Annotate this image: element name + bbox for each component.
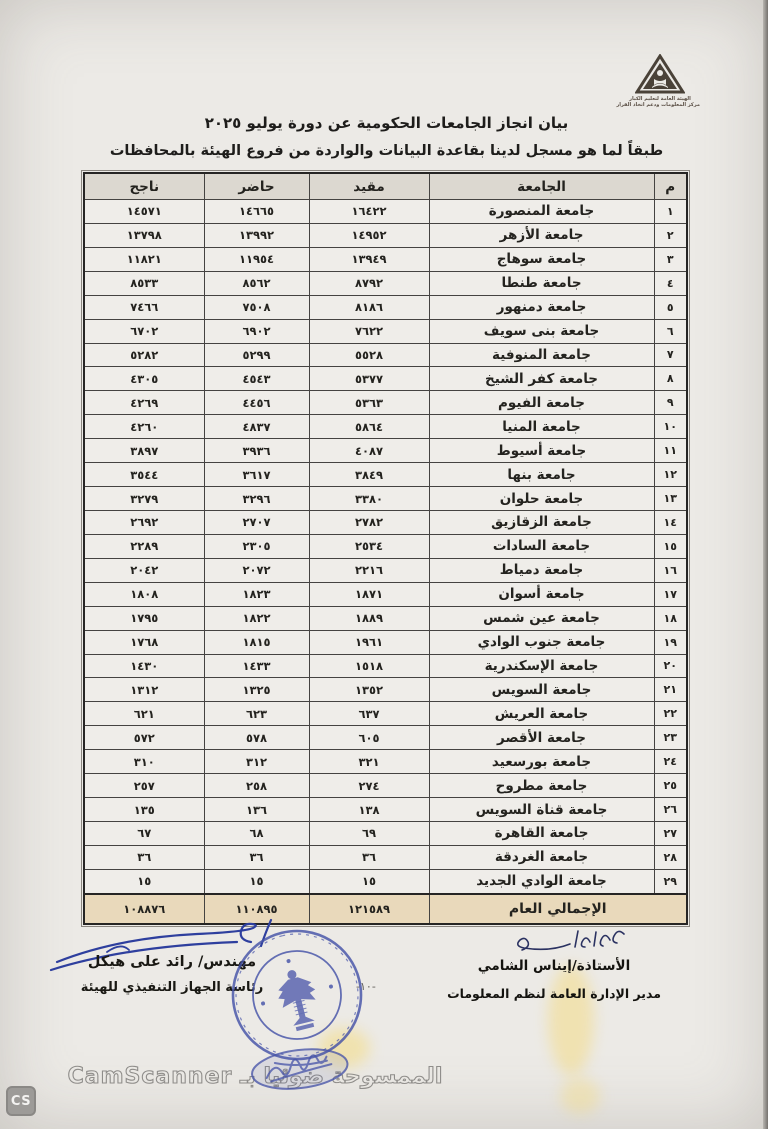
row-number: ٧ (654, 343, 687, 367)
enrolled-count: ٢٧٨٢ (309, 510, 429, 534)
org-name-line2: مركز المعلومات ودعم اتخاذ القرار (620, 102, 700, 108)
row-number: ١٥ (654, 534, 687, 558)
enrolled-count: ٢٥٣٤ (309, 534, 429, 558)
table-row: ٢٥ جامعة مطروح ٢٧٤ ٢٥٨ ٢٥٧ (84, 774, 687, 798)
table-body: ١ جامعة المنصورة ١٦٤٢٢ ١٤٦٦٥ ١٤٥٧١ ٢ جام… (84, 200, 687, 895)
row-number: ٨ (654, 367, 687, 391)
header-passed: ناجح (84, 173, 204, 200)
passed-count: ١٨٠٨ (84, 582, 204, 606)
table-row: ١٨ جامعة عين شمس ١٨٨٩ ١٨٢٢ ١٧٩٥ (84, 606, 687, 630)
enrolled-count: ١٣٥٢ (309, 678, 429, 702)
university-name: جامعة قناة السويس (429, 798, 654, 822)
table-row: ٩ جامعة الفيوم ٥٣٦٣ ٤٤٥٦ ٤٢٦٩ (84, 391, 687, 415)
row-number: ٩ (654, 391, 687, 415)
table-header-row: م الجامعة مقيد حاضر ناجح (84, 173, 687, 200)
table-row: ١٧ جامعة أسوان ١٨٧١ ١٨٢٣ ١٨٠٨ (84, 582, 687, 606)
row-number: ٦ (654, 319, 687, 343)
enrolled-count: ١٣٩٤٩ (309, 247, 429, 271)
university-name: جامعة دمياط (429, 558, 654, 582)
row-number: ١٢ (654, 463, 687, 487)
row-number: ٥ (654, 295, 687, 319)
attended-count: ٣٦١٧ (204, 463, 309, 487)
enrolled-count: ٥٨٦٤ (309, 415, 429, 439)
table-row: ٢٢ جامعة العريش ٦٣٧ ٦٢٣ ٦٢١ (84, 702, 687, 726)
row-number: ١٣ (654, 487, 687, 511)
attended-count: ٥٧٨ (204, 726, 309, 750)
table-row: ٢٠ جامعة الإسكندرية ١٥١٨ ١٤٣٣ ١٤٣٠ (84, 654, 687, 678)
attended-count: ١٨٢٢ (204, 606, 309, 630)
university-name: جامعة الأقصر (429, 726, 654, 750)
grand-total-label: الإجمالي العام (429, 894, 687, 924)
university-name: جامعة السويس (429, 678, 654, 702)
passed-count: ٣٦ (84, 845, 204, 869)
passed-count: ٤٣٠٥ (84, 367, 204, 391)
university-name: جامعة حلوان (429, 487, 654, 511)
passed-count: ٣٢٧٩ (84, 487, 204, 511)
row-number: ٢٨ (654, 845, 687, 869)
passed-count: ٤٢٦٩ (84, 391, 204, 415)
row-number: ٢٦ (654, 798, 687, 822)
attended-count: ١٣٢٥ (204, 678, 309, 702)
table-row: ٤ جامعة طنطا ٨٧٩٢ ٨٥٦٢ ٨٥٣٣ (84, 271, 687, 295)
university-name: جامعة طنطا (429, 271, 654, 295)
university-name: جامعة جنوب الوادي (429, 630, 654, 654)
attended-count: ٣٢٩٦ (204, 487, 309, 511)
attended-count: ١١٩٥٤ (204, 247, 309, 271)
enrolled-count: ٥٣٧٧ (309, 367, 429, 391)
passed-count: ١٤٥٧١ (84, 200, 204, 224)
header-enrolled: مقيد (309, 173, 429, 200)
university-name: جامعة عين شمس (429, 606, 654, 630)
passed-count: ٧٤٦٦ (84, 295, 204, 319)
table-row: ٢٧ جامعة القاهرة ٦٩ ٦٨ ٦٧ (84, 821, 687, 845)
table-row: ٢٤ جامعة بورسعيد ٣٢١ ٣١٢ ٣١٠ (84, 750, 687, 774)
row-number: ١٠ (654, 415, 687, 439)
passed-count: ١٣٧٩٨ (84, 223, 204, 247)
row-number: ٢١ (654, 678, 687, 702)
scanned-document-page: الهيئة العامة لتعليم الكبار مركز المعلوم… (0, 0, 768, 1129)
university-name: جامعة أسيوط (429, 439, 654, 463)
attended-count: ٦٢٣ (204, 702, 309, 726)
camscanner-cs-logo-icon: CS (6, 1086, 36, 1116)
enrolled-count: ٨٧٩٢ (309, 271, 429, 295)
passed-count: ٢٠٤٢ (84, 558, 204, 582)
university-name: جامعة المنيا (429, 415, 654, 439)
attended-count: ١٤٣٣ (204, 654, 309, 678)
enrolled-count: ١٩٦١ (309, 630, 429, 654)
row-number: ٢٥ (654, 774, 687, 798)
document-subtitle: طبقاً لما هو مسجل لدينا بقاعدة البيانات … (85, 143, 688, 159)
pyramid-reader-logo-icon (620, 54, 700, 96)
attended-count: ٨٥٦٢ (204, 271, 309, 295)
document-header: بيان انجاز الجامعات الحكومية عن دورة يول… (85, 114, 688, 159)
enrolled-count: ١٨٨٩ (309, 606, 429, 630)
table-row: ٢ جامعة الأزهر ١٤٩٥٢ ١٣٩٩٢ ١٣٧٩٨ (84, 223, 687, 247)
university-name: جامعة بنها (429, 463, 654, 487)
attended-count: ١٨١٥ (204, 630, 309, 654)
header-number: م (654, 173, 687, 200)
row-number: ٤ (654, 271, 687, 295)
attended-count: ١٨٢٣ (204, 582, 309, 606)
table-row: ١ جامعة المنصورة ١٦٤٢٢ ١٤٦٦٥ ١٤٥٧١ (84, 200, 687, 224)
enrolled-count: ٣٢١ (309, 750, 429, 774)
universities-table-container: م الجامعة مقيد حاضر ناجح ١ جامعة المنصور… (85, 172, 688, 925)
enrolled-count: ٤٠٨٧ (309, 439, 429, 463)
university-name: جامعة دمنهور (429, 295, 654, 319)
row-number: ٢٣ (654, 726, 687, 750)
attended-count: ٤٥٤٣ (204, 367, 309, 391)
passed-count: ٢٥٧ (84, 774, 204, 798)
row-number: ١٧ (654, 582, 687, 606)
row-number: ٢٤ (654, 750, 687, 774)
passed-count: ٣١٠ (84, 750, 204, 774)
university-name: جامعة الفيوم (429, 391, 654, 415)
passed-count: ٦٧٠٢ (84, 319, 204, 343)
row-number: ١٨ (654, 606, 687, 630)
passed-count: ١٧٩٥ (84, 606, 204, 630)
university-name: جامعة بورسعيد (429, 750, 654, 774)
passed-count: ٢٢٨٩ (84, 534, 204, 558)
enrolled-count: ٥٥٢٨ (309, 343, 429, 367)
university-name: جامعة العريش (429, 702, 654, 726)
enrolled-count: ١٣٨ (309, 798, 429, 822)
passed-count: ١٣١٢ (84, 678, 204, 702)
row-number: ٢ (654, 223, 687, 247)
passed-count: ٢٦٩٢ (84, 510, 204, 534)
passed-count: ٥٢٨٢ (84, 343, 204, 367)
row-number: ٣ (654, 247, 687, 271)
highlighter-smudge (560, 1078, 600, 1114)
attended-count: ٤٤٥٦ (204, 391, 309, 415)
row-number: ٢٩ (654, 869, 687, 894)
table-row: ١٩ جامعة جنوب الوادي ١٩٦١ ١٨١٥ ١٧٦٨ (84, 630, 687, 654)
attended-count: ١٣٩٩٢ (204, 223, 309, 247)
organization-logo: الهيئة العامة لتعليم الكبار مركز المعلوم… (620, 54, 700, 108)
table-row: ٨ جامعة كفر الشيخ ٥٣٧٧ ٤٥٤٣ ٤٣٠٥ (84, 367, 687, 391)
passed-count: ١٧٦٨ (84, 630, 204, 654)
table-row: ١٠ جامعة المنيا ٥٨٦٤ ٤٨٣٧ ٤٢٦٠ (84, 415, 687, 439)
enrolled-count: ٥٣٦٣ (309, 391, 429, 415)
attended-count: ٣٦ (204, 845, 309, 869)
university-name: جامعة الغردقة (429, 845, 654, 869)
row-number: ١١ (654, 439, 687, 463)
university-name: جامعة سوهاج (429, 247, 654, 271)
table-row: ٣ جامعة سوهاج ١٣٩٤٩ ١١٩٥٤ ١١٨٢١ (84, 247, 687, 271)
enrolled-count: ٣٦ (309, 845, 429, 869)
header-attended: حاضر (204, 173, 309, 200)
passed-count: ١٤٣٠ (84, 654, 204, 678)
attended-count: ٦٩٠٢ (204, 319, 309, 343)
enrolled-count: ٨١٨٦ (309, 295, 429, 319)
enrolled-count: ١٥ (309, 869, 429, 894)
table-row: ٢٦ جامعة قناة السويس ١٣٨ ١٣٦ ١٣٥ (84, 798, 687, 822)
table-row: ٧ جامعة المنوفية ٥٥٢٨ ٥٢٩٩ ٥٢٨٢ (84, 343, 687, 367)
row-number: ١٩ (654, 630, 687, 654)
enrolled-count: ١٤٩٥٢ (309, 223, 429, 247)
row-number: ١٤ (654, 510, 687, 534)
university-name: جامعة المنوفية (429, 343, 654, 367)
signature-block-right: الأستاذة/إيناس الشامي مدير الإدارة العام… (420, 926, 688, 1001)
university-name: جامعة الإسكندرية (429, 654, 654, 678)
attended-count: ٥٢٩٩ (204, 343, 309, 367)
university-name: جامعة أسوان (429, 582, 654, 606)
university-name: جامعة الوادي الجديد (429, 869, 654, 894)
row-number: ١٦ (654, 558, 687, 582)
table-row: ٢١ جامعة السويس ١٣٥٢ ١٣٢٥ ١٣١٢ (84, 678, 687, 702)
university-name: جامعة القاهرة (429, 821, 654, 845)
enrolled-count: ١٦٤٢٢ (309, 200, 429, 224)
passed-count: ٨٥٣٣ (84, 271, 204, 295)
scan-edge-shadow (763, 0, 768, 1129)
attended-count: ٣١٢ (204, 750, 309, 774)
table-row: ٢٩ جامعة الوادي الجديد ١٥ ١٥ ١٥ (84, 869, 687, 894)
enrolled-count: ٢٧٤ (309, 774, 429, 798)
passed-count: ٤٢٦٠ (84, 415, 204, 439)
attended-count: ١٥ (204, 869, 309, 894)
table-row: ٦ جامعة بنى سويف ٧٦٢٢ ٦٩٠٢ ٦٧٠٢ (84, 319, 687, 343)
table-row: ١٤ جامعة الزقازيق ٢٧٨٢ ٢٧٠٧ ٢٦٩٢ (84, 510, 687, 534)
enrolled-count: ٣٨٤٩ (309, 463, 429, 487)
table-row: ٥ جامعة دمنهور ٨١٨٦ ٧٥٠٨ ٧٤٦٦ (84, 295, 687, 319)
table-row: ٢٣ جامعة الأقصر ٦٠٥ ٥٧٨ ٥٧٢ (84, 726, 687, 750)
table-row: ١١ جامعة أسيوط ٤٠٨٧ ٣٩٣٦ ٣٨٩٧ (84, 439, 687, 463)
passed-count: ٦٧ (84, 821, 204, 845)
passed-count: ٦٢١ (84, 702, 204, 726)
university-name: جامعة كفر الشيخ (429, 367, 654, 391)
university-name: جامعة مطروح (429, 774, 654, 798)
university-name: جامعة بنى سويف (429, 319, 654, 343)
attended-count: ٧٥٠٨ (204, 295, 309, 319)
university-name: جامعة السادات (429, 534, 654, 558)
passed-count: ٣٨٩٧ (84, 439, 204, 463)
passed-count: ١١٨٢١ (84, 247, 204, 271)
row-number: ٢٠ (654, 654, 687, 678)
table-row: ١٦ جامعة دمياط ٢٢١٦ ٢٠٧٢ ٢٠٤٢ (84, 558, 687, 582)
table-row: ١٥ جامعة السادات ٢٥٣٤ ٢٣٠٥ ٢٢٨٩ (84, 534, 687, 558)
attended-count: ٦٨ (204, 821, 309, 845)
attended-count: ١٣٦ (204, 798, 309, 822)
enrolled-count: ٦٩ (309, 821, 429, 845)
enrolled-count: ٧٦٢٢ (309, 319, 429, 343)
header-university: الجامعة (429, 173, 654, 200)
attended-count: ٢٥٨ (204, 774, 309, 798)
table-row: ٢٨ جامعة الغردقة ٣٦ ٣٦ ٣٦ (84, 845, 687, 869)
universities-table: م الجامعة مقيد حاضر ناجح ١ جامعة المنصور… (83, 172, 688, 925)
attended-count: ١٤٦٦٥ (204, 200, 309, 224)
university-name: جامعة الأزهر (429, 223, 654, 247)
passed-count: ١٥ (84, 869, 204, 894)
enrolled-count: ١٥١٨ (309, 654, 429, 678)
row-number: ٢٧ (654, 821, 687, 845)
row-number: ١ (654, 200, 687, 224)
attended-count: ٤٨٣٧ (204, 415, 309, 439)
attended-count: ٣٩٣٦ (204, 439, 309, 463)
table-row: ١٢ جامعة بنها ٣٨٤٩ ٣٦١٧ ٣٥٤٤ (84, 463, 687, 487)
attended-count: ٢٣٠٥ (204, 534, 309, 558)
table-row: ١٣ جامعة حلوان ٣٣٨٠ ٣٢٩٦ ٣٢٧٩ (84, 487, 687, 511)
enrolled-count: ٦٣٧ (309, 702, 429, 726)
document-title: بيان انجاز الجامعات الحكومية عن دورة يول… (85, 114, 688, 132)
attended-count: ٢٧٠٧ (204, 510, 309, 534)
passed-count: ١٣٥ (84, 798, 204, 822)
signatory-title-right: مدير الإدارة العامة لنظم المعلومات (420, 986, 688, 1001)
university-name: جامعة الزقازيق (429, 510, 654, 534)
passed-count: ٥٧٢ (84, 726, 204, 750)
attended-count: ٢٠٧٢ (204, 558, 309, 582)
enrolled-count: ٦٠٥ (309, 726, 429, 750)
enrolled-count: ٣٣٨٠ (309, 487, 429, 511)
passed-count: ٣٥٤٤ (84, 463, 204, 487)
signatory-name-right: الأستاذة/إيناس الشامي (420, 958, 688, 974)
enrolled-count: ٢٢١٦ (309, 558, 429, 582)
row-number: ٢٢ (654, 702, 687, 726)
grand-total-enrolled: ١٢١٥٨٩ (309, 894, 429, 924)
enrolled-count: ١٨٧١ (309, 582, 429, 606)
university-name: جامعة المنصورة (429, 200, 654, 224)
